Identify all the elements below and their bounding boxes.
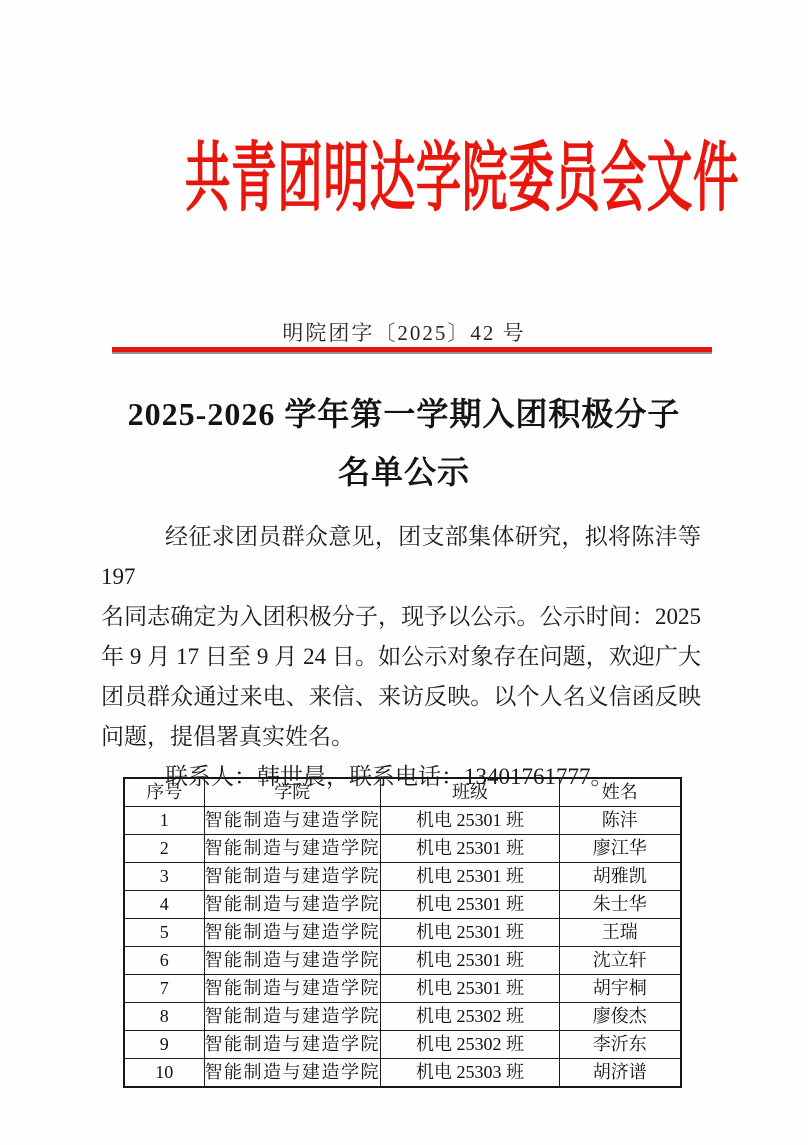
- cell-index: 3: [124, 863, 204, 891]
- cell-index: 8: [124, 1003, 204, 1031]
- document-title: 2025-2026 学年第一学期入团积极分子 名单公示: [0, 385, 808, 501]
- table-row: 10 智能制造与建造学院 机电 25303 班 胡济谱: [124, 1059, 681, 1088]
- table-row: 9 智能制造与建造学院 机电 25302 班 李沂东: [124, 1031, 681, 1059]
- body-line: 团员群众通过来电、来信、来访反映。以个人名义信函反映: [101, 677, 701, 717]
- body-line: 名同志确定为入团积极分子，现予以公示。公示时间：2025: [101, 597, 701, 637]
- cell-college: 智能制造与建造学院: [204, 1031, 381, 1059]
- cell-class: 机电 25302 班: [381, 1031, 560, 1059]
- header-class: 班级: [381, 778, 560, 807]
- cell-college: 智能制造与建造学院: [204, 835, 381, 863]
- table-row: 1 智能制造与建造学院 机电 25301 班 陈沣: [124, 807, 681, 835]
- cell-class: 机电 25301 班: [381, 975, 560, 1003]
- cell-index: 4: [124, 891, 204, 919]
- cell-college: 智能制造与建造学院: [204, 1003, 381, 1031]
- cell-index: 6: [124, 947, 204, 975]
- cell-college: 智能制造与建造学院: [204, 891, 381, 919]
- red-letterhead: 共青团明达学院委员会文件: [0, 141, 808, 217]
- cell-college: 智能制造与建造学院: [204, 807, 381, 835]
- cell-index: 1: [124, 807, 204, 835]
- table-row: 5 智能制造与建造学院 机电 25301 班 王瑞: [124, 919, 681, 947]
- cell-index: 9: [124, 1031, 204, 1059]
- cell-class: 机电 25302 班: [381, 1003, 560, 1031]
- table-row: 4 智能制造与建造学院 机电 25301 班 朱士华: [124, 891, 681, 919]
- cell-name: 胡宇桐: [560, 975, 681, 1003]
- org-title-text: 共青团明达学院委员会文件: [185, 141, 739, 217]
- cell-college: 智能制造与建造学院: [204, 863, 381, 891]
- doc-number: 明院团字〔2025〕42 号: [0, 317, 808, 347]
- cell-name: 陈沣: [560, 807, 681, 835]
- cell-name: 沈立轩: [560, 947, 681, 975]
- header-name: 姓名: [560, 778, 681, 807]
- table-row: 7 智能制造与建造学院 机电 25301 班 胡宇桐: [124, 975, 681, 1003]
- cell-college: 智能制造与建造学院: [204, 919, 381, 947]
- cell-name: 胡雅凯: [560, 863, 681, 891]
- document-title-line2: 名单公示: [0, 443, 808, 501]
- cell-class: 机电 25301 班: [381, 919, 560, 947]
- body-line: 问题，提倡署真实姓名。: [101, 717, 701, 757]
- cell-index: 7: [124, 975, 204, 1003]
- cell-college: 智能制造与建造学院: [204, 975, 381, 1003]
- cell-class: 机电 25301 班: [381, 863, 560, 891]
- cell-class: 机电 25303 班: [381, 1059, 560, 1088]
- cell-name: 廖俊杰: [560, 1003, 681, 1031]
- cell-name: 朱士华: [560, 891, 681, 919]
- document-title-line1: 2025-2026 学年第一学期入团积极分子: [0, 385, 808, 443]
- cell-index: 2: [124, 835, 204, 863]
- cell-class: 机电 25301 班: [381, 807, 560, 835]
- cell-class: 机电 25301 班: [381, 835, 560, 863]
- cell-index: 10: [124, 1059, 204, 1088]
- roster-table: 序号 学院 班级 姓名 1 智能制造与建造学院 机电 25301 班 陈沣 2 …: [123, 777, 682, 1088]
- table-row: 8 智能制造与建造学院 机电 25302 班 廖俊杰: [124, 1003, 681, 1031]
- scanned-document-page: 共青团明达学院委员会文件 明院团字〔2025〕42 号 2025-2026 学年…: [0, 0, 808, 1145]
- cell-name: 李沂东: [560, 1031, 681, 1059]
- cell-index: 5: [124, 919, 204, 947]
- cell-class: 机电 25301 班: [381, 891, 560, 919]
- table-header-row: 序号 学院 班级 姓名: [124, 778, 681, 807]
- cell-college: 智能制造与建造学院: [204, 1059, 381, 1088]
- header-college: 学院: [204, 778, 381, 807]
- cell-class: 机电 25301 班: [381, 947, 560, 975]
- body-line: 年 9 月 17 日至 9 月 24 日。如公示对象存在问题，欢迎广大: [101, 637, 701, 677]
- cell-name: 王瑞: [560, 919, 681, 947]
- table-row: 3 智能制造与建造学院 机电 25301 班 胡雅凯: [124, 863, 681, 891]
- cell-name: 胡济谱: [560, 1059, 681, 1088]
- body-text: 经征求团员群众意见，团支部集体研究，拟将陈沣等 197 名同志确定为入团积极分子…: [101, 517, 701, 797]
- table-row: 2 智能制造与建造学院 机电 25301 班 廖江华: [124, 835, 681, 863]
- header-index: 序号: [124, 778, 204, 807]
- red-divider-line: [112, 347, 712, 352]
- body-line: 经征求团员群众意见，团支部集体研究，拟将陈沣等 197: [101, 517, 701, 597]
- cell-name: 廖江华: [560, 835, 681, 863]
- table-row: 6 智能制造与建造学院 机电 25301 班 沈立轩: [124, 947, 681, 975]
- cell-college: 智能制造与建造学院: [204, 947, 381, 975]
